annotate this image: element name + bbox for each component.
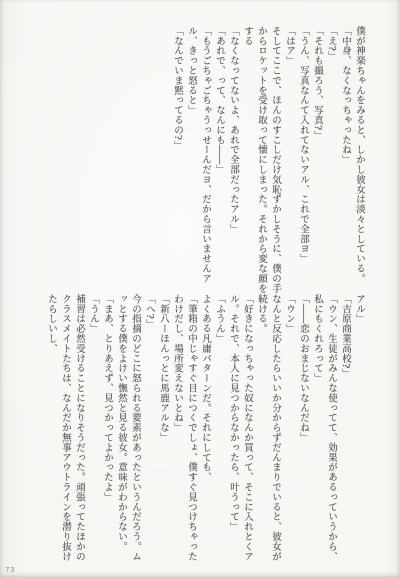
page-number: 73 <box>5 566 15 574</box>
text-line: 「ウン、生徒がみんな使ってて、効果があるっていうから、私にもくれろって」 <box>310 294 338 566</box>
text-line: 「ウン」 <box>282 294 296 566</box>
text-line: 今の指摘のどこに怒られる要素があったというんだろう。ムッとする僕をよけい憮然と見… <box>114 294 142 566</box>
bottom-text-block: アル」「吉原商業高校?」「ウン、生徒がみんな使ってて、効果があるっていうから、私… <box>44 294 366 566</box>
text-line: そしてここで、ほんのすこしだけ気恥ずかしそうに、僕の手からロケットを受け取って懐… <box>240 26 282 294</box>
text-line: 「筆箱の中じゃすぐ目につくでしょ、僕すぐ見つけちゃったわけだし、場所変えないとね… <box>170 294 198 566</box>
text-line: 「中身、なくなっちゃったね」 <box>338 26 352 294</box>
text-line: 僕が神楽ちゃんをみると、しかし彼女は淡々としている。 <box>352 26 366 294</box>
text-line: 「ふうん」 <box>212 294 226 566</box>
text-line: 「もうごちゃごちゃうっせーんだヨ、だから言いませんアル、きっと怒ると」 <box>184 26 212 294</box>
text-line: 「え?」 <box>324 26 338 294</box>
text-line: 補習は必然受けることになりそうだった。頑張ってたほかのクラスメイトたちは、なんだ… <box>44 294 86 566</box>
text-line: 「まあ、とりあえず、見つかってよかったよ」 <box>100 294 114 566</box>
text-line: 「あれで、って、なんにも――」 <box>212 26 226 294</box>
text-line: 「なくなってないよ、あれで全部だったアル」 <box>226 26 240 294</box>
text-line: 「なんでいま黙ってるの?」 <box>170 26 184 294</box>
text-line: 「はア」 <box>282 26 296 294</box>
text-line: よくある凡庸パターンだ。それにしても、 <box>198 294 212 566</box>
text-line: なんと反応したらいいか分からずだんまりでいると、彼女が続ける。 <box>254 294 282 566</box>
top-text-block: 僕が神楽ちゃんをみると、しかし彼女は淡々としている。「中身、なくなっちゃったね」… <box>170 26 366 294</box>
text-line: 「それも撮ろう、写真?」 <box>310 26 324 294</box>
scanned-page: 僕が神楽ちゃんをみると、しかし彼女は淡々としている。「中身、なくなっちゃったね」… <box>0 0 400 578</box>
text-line: 「吉原商業高校?」 <box>338 294 352 566</box>
text-line: 「うん、写真なんて入れてないアル、これで全部ヨ」 <box>296 26 310 294</box>
text-line: 「好きになっちゃった奴になんか買って、そこに入れとくアル。それで、本人に見つから… <box>226 294 254 566</box>
text-line: 「へ?」 <box>142 294 156 566</box>
text-line: 「――恋のおまじないなんだね」 <box>296 294 310 566</box>
text-line: 「新八ーほんっとに馬鹿アルな」 <box>156 294 170 566</box>
text-line: アル」 <box>352 294 366 566</box>
text-line: 「うん」 <box>86 294 100 566</box>
